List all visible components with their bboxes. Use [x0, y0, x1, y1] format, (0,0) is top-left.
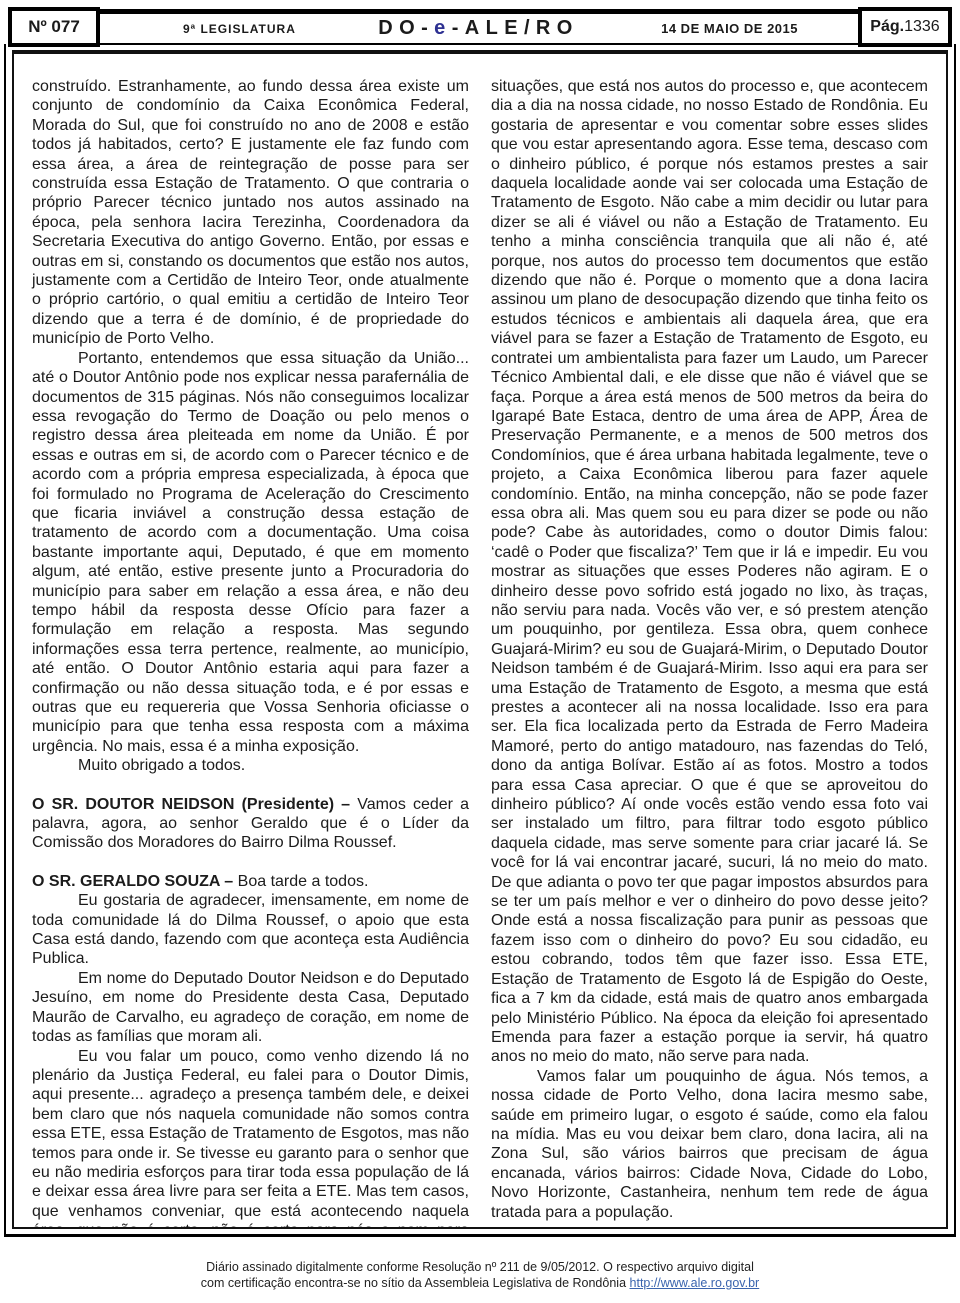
speech-text: Boa tarde a todos. — [238, 873, 369, 890]
right-column: situações, que está nos autos do process… — [491, 77, 928, 1229]
paragraph: Eu gostaria de agradecer, imensamente, e… — [32, 891, 469, 969]
masthead-bar: 9ª LEGISLATURA DO-e-ALE/RO 14 DE MAIO DE… — [98, 9, 860, 45]
page-number-value: 1336 — [904, 18, 940, 36]
speaker-name: O SR. DOUTOR NEIDSON (Presidente) – — [32, 796, 357, 813]
gazette-title-left: DO- — [378, 17, 434, 39]
legislature-label: 9ª LEGISLATURA — [183, 22, 296, 36]
content-frame: construído. Estranhamente, ao fundo dess… — [12, 50, 948, 1229]
page-number-label: Pág. — [870, 18, 904, 36]
footer: Diário assinado digitalmente conforme Re… — [0, 1259, 960, 1291]
footer-line1: Diário assinado digitalmente conforme Re… — [0, 1259, 960, 1275]
gazette-title-right: -ALE/RO — [452, 17, 579, 39]
footer-link[interactable]: http://www.ale.ro.gov.br — [630, 1276, 760, 1290]
left-column: construído. Estranhamente, ao fundo dess… — [32, 77, 469, 1229]
header: Nº 077 9ª LEGISLATURA DO-e-ALE/RO 14 DE … — [8, 7, 952, 47]
footer-line2: com certificação encontra-se no sítio da… — [0, 1275, 960, 1291]
speech-paragraph: O SR. GERALDO SOUZA – Boa tarde a todos. — [32, 872, 469, 891]
paragraph: Muito obrigado a todos. — [32, 756, 469, 775]
issue-number: Nº 077 — [28, 17, 80, 37]
paragraph: situações, que está nos autos do process… — [491, 77, 928, 1067]
paragraph: Vamos falar um pouquinho de água. Nós te… — [491, 1067, 928, 1222]
paragraph: Portanto, entendemos que essa situação d… — [32, 349, 469, 757]
issue-number-box: Nº 077 — [8, 7, 100, 47]
footer-line2-text: com certificação encontra-se no sítio da… — [201, 1276, 626, 1290]
text-columns: construído. Estranhamente, ao fundo dess… — [14, 54, 946, 1229]
speaker-name: O SR. GERALDO SOUZA – — [32, 873, 238, 890]
gazette-title: DO-e-ALE/RO — [378, 17, 578, 40]
speech-paragraph: O SR. DOUTOR NEIDSON (Presidente) – Vamo… — [32, 795, 469, 853]
page-number-box: Pág.1336 — [858, 7, 952, 47]
paragraph: construído. Estranhamente, ao fundo dess… — [32, 77, 469, 349]
issue-date: 14 DE MAIO DE 2015 — [661, 21, 798, 36]
gazette-page: Nº 077 9ª LEGISLATURA DO-e-ALE/RO 14 DE … — [0, 0, 960, 1303]
paragraph: Eu vou falar um pouco, como venho dizend… — [32, 1047, 469, 1230]
paragraph: Em nome do Deputado Doutor Neidson e do … — [32, 969, 469, 1047]
gazette-title-e: e — [434, 17, 452, 39]
